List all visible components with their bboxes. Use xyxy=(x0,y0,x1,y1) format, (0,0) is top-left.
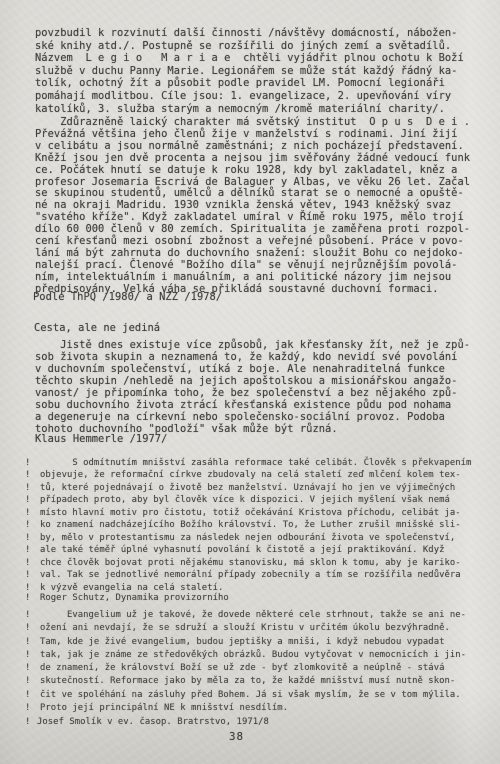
quote-marker-column-b: ! ! ! ! ! ! ! ! xyxy=(25,609,30,715)
quote-text-reformation-celibacy: S odmítnutím mnišství zasáhla reformace … xyxy=(40,457,471,594)
quote-text-evangelium: Evangelium už je takové, že dovede někte… xyxy=(40,609,466,715)
quote-marker-roger: ! xyxy=(25,592,30,605)
paragraph-opus-dei: Zdůrazněně laický charakter má světský i… xyxy=(35,117,470,296)
source-reference: Podle ThPQ /1980/ a NZZ /1978/ xyxy=(33,291,222,303)
author-klaus-hemmerle: Klaus Hemmerle /1977/ xyxy=(35,433,167,445)
scanned-document-page: povzbudil k rozvinutí další činnosti /ná… xyxy=(0,0,500,764)
attribution-roger-schutz: Roger Schutz, Dynamika provizorního xyxy=(40,592,229,605)
page-number: 38 xyxy=(229,730,244,743)
quote-marker-column-a: ! ! ! ! ! ! ! ! ! ! ! xyxy=(25,457,30,594)
attribution-josef-smolik: Josef Smolík v ev. časop. Bratrstvo, 197… xyxy=(37,716,269,729)
section-heading: Cesta, ale ne jediná xyxy=(34,322,160,334)
paragraph-cesta-ale-ne-jedina: Jistě dnes existuje více způsobů, jak kř… xyxy=(35,339,470,435)
quote-marker-josef: ! xyxy=(25,716,30,729)
paragraph-legio-mariae: povzbudil k rozvinutí další činnosti /ná… xyxy=(35,27,464,115)
